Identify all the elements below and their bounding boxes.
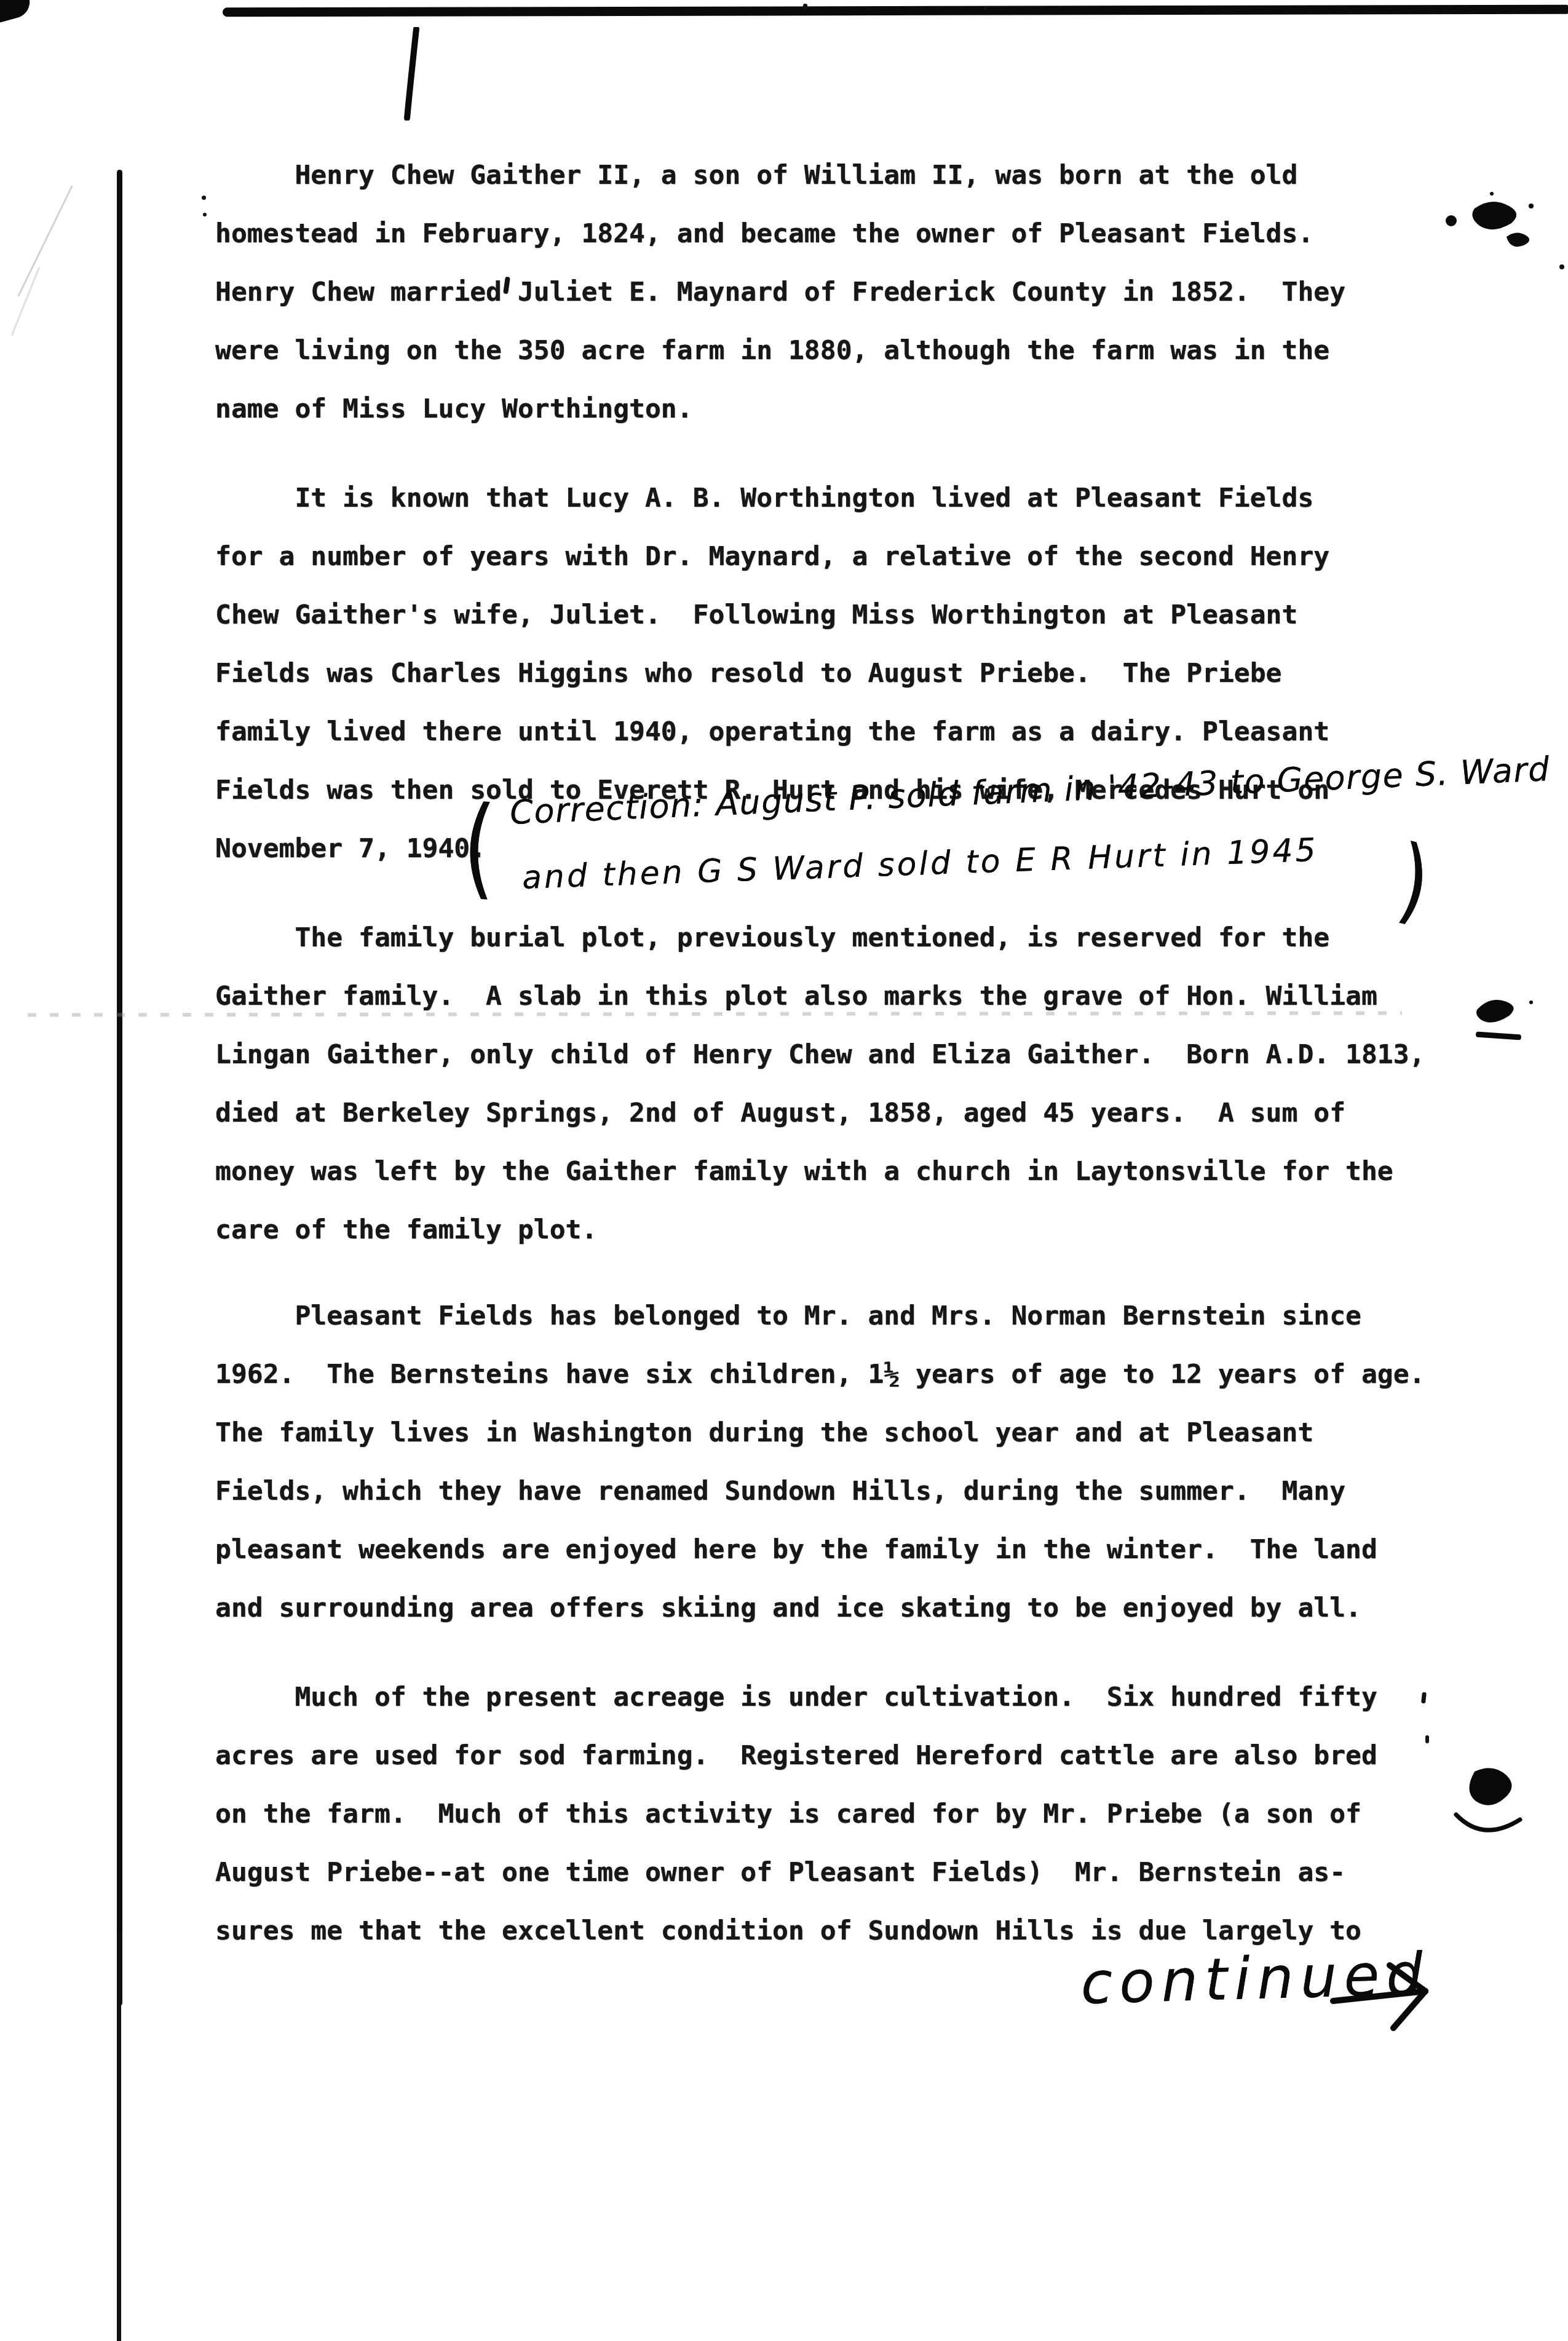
typed-line: August Priebe--at one time owner of Plea…: [215, 1858, 1345, 1887]
typed-line: money was left by the Gaither family wit…: [215, 1157, 1393, 1186]
typed-line: The family lives in Washington during th…: [215, 1419, 1313, 1448]
corner-ink-blot: [0, 0, 33, 23]
typed-line: The family burial plot, previously menti…: [215, 924, 1329, 953]
pen-mark-cluster: [1463, 984, 1556, 1052]
typed-line: and surrounding area offers skiing and i…: [215, 1594, 1361, 1623]
typed-line: Henry Chew Gaither II, a son of William …: [215, 161, 1297, 190]
scan-edge-line: [223, 5, 1568, 17]
typed-line: Lingan Gaither, only child of Henry Chew…: [215, 1040, 1425, 1069]
typed-line: homestead in February, 1824, and became …: [215, 220, 1313, 248]
typed-line: on the farm. Much of this activity is ca…: [215, 1800, 1361, 1829]
typed-line: were living on the 350 acre farm in 1880…: [215, 336, 1329, 365]
scanned-document-page: Henry Chew Gaither II, a son of William …: [0, 0, 1568, 2341]
handwritten-correction-line-1: Correction: August P. sold farm in '42-4…: [509, 750, 1551, 832]
ink-speck: [803, 4, 807, 10]
ink-speck: [202, 196, 206, 200]
continued-arrow-icon: [1328, 1962, 1457, 2032]
typed-line: died at Berkeley Springs, 2nd of August,…: [215, 1099, 1345, 1128]
ink-blot-cluster: [1433, 181, 1568, 267]
left-margin-rule: [117, 170, 122, 1932]
ink-speck: [1421, 1692, 1427, 1704]
pen-scribble: [1445, 1756, 1543, 1848]
typed-line: name of Miss Lucy Worthington.: [215, 395, 693, 424]
scan-streak: [28, 1011, 1402, 1016]
ink-speck: [984, 6, 987, 10]
typed-line: pleasant weekends are enjoyed here by th…: [215, 1535, 1377, 1564]
handwritten-paren-open: (: [462, 782, 497, 911]
typed-line: Henry Chew married Juliet E. Maynard of …: [215, 278, 1345, 307]
typed-line: for a number of years with Dr. Maynard, …: [215, 542, 1329, 571]
typed-line: Pleasant Fields has belonged to Mr. and …: [215, 1302, 1361, 1331]
typed-line: It is known that Lucy A. B. Worthington …: [215, 484, 1313, 513]
typed-line: care of the family plot.: [215, 1216, 597, 1245]
typed-line: November 7, 1940.: [215, 834, 486, 863]
handwritten-paren-close: ): [1392, 824, 1435, 938]
pencil-scratch: [11, 267, 41, 336]
typed-line: Fields, which they have renamed Sundown …: [215, 1477, 1345, 1506]
typed-line: Fields was Charles Higgins who resold to…: [215, 659, 1282, 688]
handwritten-correction-line-2: and then G S Ward sold to E R Hurt in 19…: [521, 832, 1319, 897]
ink-speck: [1425, 1735, 1429, 1743]
pencil-scratch: [17, 185, 73, 296]
ink-speck: [203, 213, 207, 216]
typed-line: Chew Gaither's wife, Juliet. Following M…: [215, 601, 1297, 630]
typed-line: Gaither family. A slab in this plot also…: [215, 982, 1377, 1011]
typed-line: Much of the present acreage is under cul…: [215, 1683, 1377, 1712]
typed-line: sures me that the excellent condition of…: [215, 1917, 1361, 1946]
typed-line: acres are used for sod farming. Register…: [215, 1741, 1377, 1770]
pen-stroke-mark: [397, 27, 430, 121]
typed-line: 1962. The Bernsteins have six children, …: [215, 1360, 1425, 1389]
typed-line: family lived there until 1940, operating…: [215, 718, 1329, 747]
